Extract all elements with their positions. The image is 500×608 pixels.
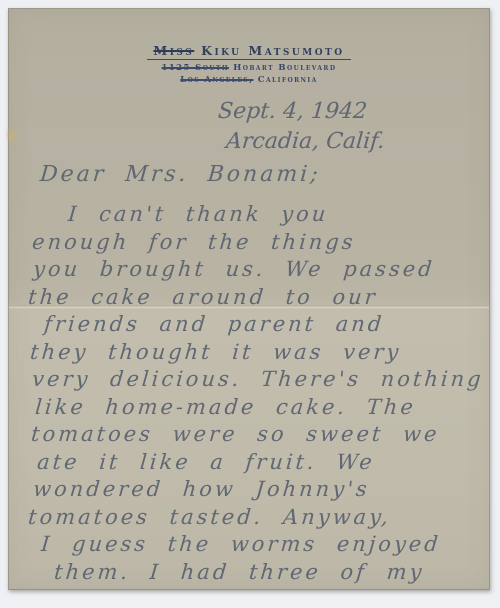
letter-body: I can't thank youenough for the thingsyo… xyxy=(27,201,483,586)
letter-line-10: ate it like a fruit. We xyxy=(36,449,485,477)
letter-line-5: friends and parent and xyxy=(43,311,485,339)
salutation: Dear Mrs. Bonami; xyxy=(39,162,322,187)
letter-paper: Miss Kiku Matsumoto 1125 South Hobart Bo… xyxy=(8,8,490,590)
letterhead-city-rest: California xyxy=(253,75,317,85)
letter-line-3: you brought us. We passed xyxy=(32,256,485,284)
letterhead-name-struck: Miss xyxy=(153,43,194,58)
letterhead-address-struck: 1125 South xyxy=(162,63,229,73)
letter-line-9: tomatoes were so sweet we xyxy=(30,421,485,449)
letterhead-city-struck: Los Angeles, xyxy=(180,75,253,85)
letter-line-13: I guess the worms enjoyed xyxy=(40,531,485,559)
dateline: Sept. 4, 1942 Arcadia, Calif. xyxy=(217,99,383,154)
place-text: Arcadia, Calif. xyxy=(225,129,386,154)
letterhead: Miss Kiku Matsumoto 1125 South Hobart Bo… xyxy=(9,40,489,86)
letterhead-address-rest: Hobart Boulevard xyxy=(229,63,337,73)
letter-line-12: tomatoes tasted. Anyway, xyxy=(27,504,485,532)
letterhead-city: Los Angeles, California xyxy=(9,75,489,87)
letter-line-14: them. I had three of my xyxy=(53,559,485,587)
letter-line-2: enough for the things xyxy=(31,229,485,257)
letter-line-7: very delicious. There's nothing xyxy=(31,366,485,394)
scan-background: Miss Kiku Matsumoto 1125 South Hobart Bo… xyxy=(0,0,500,608)
letter-line-11: wondered how Johnny's xyxy=(32,476,485,504)
letter-line-6: they thought it was very xyxy=(29,339,485,367)
letter-line-8: like home-made cake. The xyxy=(34,394,485,422)
letterhead-name: Miss Kiku Matsumoto xyxy=(147,43,350,60)
date-text: Sept. 4, 1942 xyxy=(217,99,386,124)
letter-line-1: I can't thank you xyxy=(67,201,485,229)
foxing-spot xyxy=(35,11,45,19)
foxing-spot xyxy=(5,125,19,145)
letterhead-name-rest: Kiku Matsumoto xyxy=(194,43,344,58)
letterhead-address: 1125 South Hobart Boulevard xyxy=(9,63,489,75)
fold-crease xyxy=(9,305,489,309)
